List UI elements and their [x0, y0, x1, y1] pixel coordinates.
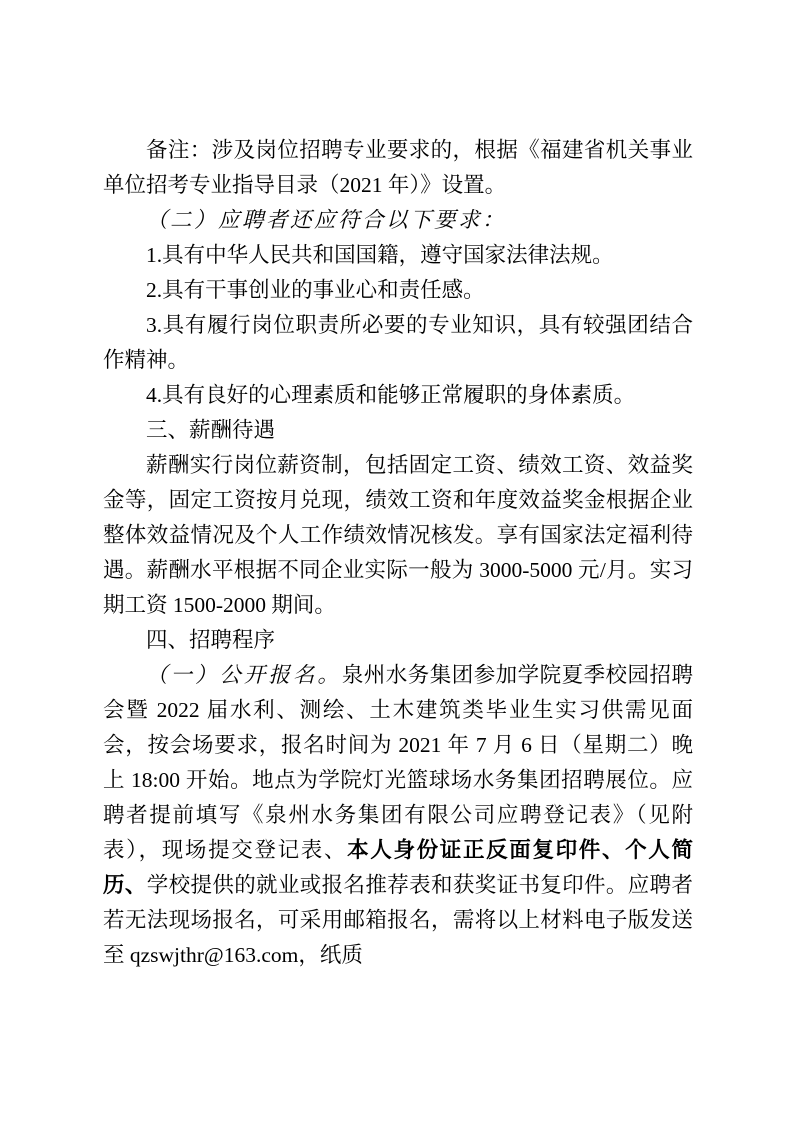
paragraph: 薪酬实行岗位薪资制，包括固定工资、绩效工资、效益奖金等，固定工资按月兑现，绩效工…: [103, 448, 693, 623]
paragraph: 2.具有干事创业的事业心和责任感。: [103, 273, 693, 308]
text-run-kaiti: （二）应聘者还应符合以下要求：: [146, 208, 506, 232]
text-run-normal: 4.具有良好的心理素质和能够正常履职的身体素质。: [146, 383, 635, 407]
paragraph: 3.具有履行岗位职责所必要的专业知识，具有较强团结合作精神。: [103, 308, 693, 378]
text-run-normal: 四、招聘程序: [146, 628, 275, 652]
text-run-kaiti: （一）公开报名。: [146, 663, 342, 687]
paragraph: （一）公开报名。泉州水务集团参加学院夏季校园招聘会暨 2022 届水利、测绘、土…: [103, 658, 693, 973]
text-run-normal: 泉州水务集团参加学院夏季校园招聘会暨 2022 届水利、测绘、土木建筑类毕业生实…: [103, 663, 693, 862]
paragraph: 1.具有中华人民共和国国籍，遵守国家法律法规。: [103, 238, 693, 273]
section-heading: 四、招聘程序: [103, 623, 693, 658]
section-heading: 三、薪酬待遇: [103, 413, 693, 448]
paragraph: 备注：涉及岗位招聘专业要求的，根据《福建省机关事业单位招考专业指导目录（2021…: [103, 133, 693, 203]
document-page: 备注：涉及岗位招聘专业要求的，根据《福建省机关事业单位招考专业指导目录（2021…: [0, 0, 793, 1122]
text-run-normal: 2.具有干事创业的事业心和责任感。: [146, 278, 485, 302]
document-body: 备注：涉及岗位招聘专业要求的，根据《福建省机关事业单位招考专业指导目录（2021…: [103, 133, 693, 973]
text-run-normal: 学校提供的就业或报名推荐表和获奖证书复印件。应聘者若无法现场报名，可采用邮箱报名…: [103, 873, 693, 967]
text-run-normal: 备注：涉及岗位招聘专业要求的，根据《福建省机关事业单位招考专业指导目录（2021…: [103, 138, 693, 197]
text-run-normal: 1.具有中华人民共和国国籍，遵守国家法律法规。: [146, 243, 614, 267]
text-run-normal: 3.具有履行岗位职责所必要的专业知识，具有较强团结合作精神。: [103, 313, 693, 372]
text-run-normal: 薪酬实行岗位薪资制，包括固定工资、绩效工资、效益奖金等，固定工资按月兑现，绩效工…: [103, 453, 693, 617]
paragraph: 4.具有良好的心理素质和能够正常履职的身体素质。: [103, 378, 693, 413]
text-run-normal: 三、薪酬待遇: [146, 418, 275, 442]
paragraph: （二）应聘者还应符合以下要求：: [103, 203, 693, 238]
